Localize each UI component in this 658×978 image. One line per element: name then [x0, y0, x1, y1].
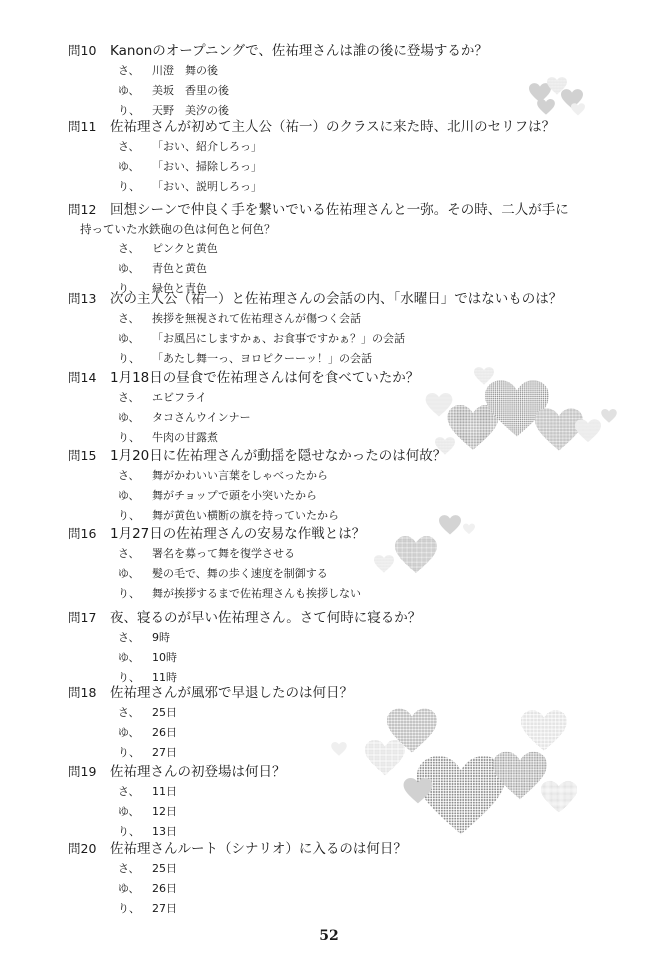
question-text: 夜、寝るのが早い佐祐理さん。さて何時に寝るか？	[110, 610, 421, 627]
option-text: タコさんウインナー	[152, 409, 251, 427]
option-key: さ、	[118, 545, 152, 563]
option-text: 25日	[152, 860, 177, 878]
option-list: さ、エビフライ ゆ、タコさんウインナー り、牛肉の甘露煮	[68, 389, 628, 449]
option-list: さ、25日 ゆ、26日 り、27日	[68, 704, 628, 764]
option-text: 舞が挨拶するまで佐祐理さんも挨拶しない	[152, 585, 361, 603]
option-sa: さ、エビフライ	[68, 389, 628, 409]
option-key: ゆ、	[118, 487, 152, 505]
question-12: 問12 回想シーンで仲良く手を繋いでいる佐祐理さんと一弥。その時、二人が手に 持…	[68, 201, 628, 300]
option-key: り、	[118, 507, 152, 525]
question-17: 問17 夜、寝るのが早い佐祐理さん。さて何時に寝るか？ さ、9時 ゆ、10時 り…	[68, 609, 628, 689]
question-text: 1月27日の佐祐理さんの安易な作戦とは？	[110, 526, 365, 543]
option-key: さ、	[118, 138, 152, 156]
option-yu: ゆ、12日	[68, 803, 628, 823]
option-list: さ、11日 ゆ、12日 り、13日	[68, 783, 628, 843]
option-key: ゆ、	[118, 260, 152, 278]
option-list: さ、9時 ゆ、10時 り、11時	[68, 629, 628, 689]
option-sa: さ、挨拶を無視されて佐祐理さんが傷つく会話	[68, 310, 628, 330]
question-14: 問14 1月18日の昼食で佐祐理さんは何を食べていたか？ さ、エビフライ ゆ、タ…	[68, 369, 628, 449]
option-text: 髪の毛で、舞の歩く速度を制御する	[152, 565, 328, 583]
option-key: り、	[118, 823, 152, 841]
question-text: 1月18日の昼食で佐祐理さんは何を食べていたか？	[110, 370, 419, 387]
option-text: 13日	[152, 823, 177, 841]
question-text: 佐祐理さんが風邪で早退したのは何日？	[110, 685, 353, 702]
option-key: さ、	[118, 629, 152, 647]
option-yu: ゆ、「おい、掃除しろっ」	[68, 158, 628, 178]
option-yu: ゆ、タコさんウインナー	[68, 409, 628, 429]
question-text: Kanonのオープニングで、佐祐理さんは誰の後に登場するか？	[110, 43, 488, 60]
option-text: 川澄 舞の後	[152, 62, 218, 80]
option-key: り、	[118, 900, 152, 918]
question-text: 佐祐理さんの初登場は何日？	[110, 764, 286, 781]
option-key: り、	[118, 429, 152, 447]
option-key: さ、	[118, 62, 152, 80]
question-text: 次の主人公（祐一）と佐祐理さんの会話の内、「水曜日」ではないものは？	[110, 291, 562, 308]
option-key: さ、	[118, 860, 152, 878]
question-number: 問16	[68, 525, 110, 542]
option-yu: ゆ、青色と黄色	[68, 260, 628, 280]
option-key: り、	[118, 744, 152, 762]
option-text: 「あたし舞一っ、ヨロピクーーッ！」の会話	[152, 350, 372, 368]
question-15: 問15 1月20日に佐祐理さんが動揺を隠せなかったのは何故？ さ、舞がかわいい言…	[68, 447, 628, 527]
option-list: さ、舞がかわいい言葉をしゃべったから ゆ、舞がチョップで頭を小突いたから り、舞…	[68, 467, 628, 527]
option-text: 舞がかわいい言葉をしゃべったから	[152, 467, 328, 485]
page-number: 52	[0, 928, 658, 944]
option-list: さ、25日 ゆ、26日 り、27日	[68, 860, 628, 920]
question-number: 問20	[68, 840, 110, 857]
option-text: 12日	[152, 803, 177, 821]
option-text: 25日	[152, 704, 177, 722]
option-sa: さ、川澄 舞の後	[68, 62, 628, 82]
option-key: さ、	[118, 467, 152, 485]
option-text: 26日	[152, 880, 177, 898]
option-sa: さ、署名を募って舞を復学させる	[68, 545, 628, 565]
option-key: ゆ、	[118, 158, 152, 176]
option-key: ゆ、	[118, 880, 152, 898]
option-key: り、	[118, 585, 152, 603]
question-number: 問18	[68, 684, 110, 701]
option-key: さ、	[118, 389, 152, 407]
question-number: 問17	[68, 609, 110, 626]
option-yu: ゆ、美坂 香里の後	[68, 82, 628, 102]
option-sa: さ、ピンクと黄色	[68, 240, 628, 260]
option-list: さ、川澄 舞の後 ゆ、美坂 香里の後 り、天野 美汐の後	[68, 62, 628, 122]
option-key: さ、	[118, 240, 152, 258]
option-ri: り、「おい、説明しろっ」	[68, 178, 628, 198]
option-text: 青色と黄色	[152, 260, 207, 278]
question-13: 問13 次の主人公（祐一）と佐祐理さんの会話の内、「水曜日」ではないものは？ さ…	[68, 290, 628, 370]
question-16: 問16 1月27日の佐祐理さんの安易な作戦とは？ さ、署名を募って舞を復学させる…	[68, 525, 628, 605]
question-20: 問20 佐祐理さんルート（シナリオ）に入るのは何日？ さ、25日 ゆ、26日 り…	[68, 840, 628, 920]
option-ri: り、27日	[68, 900, 628, 920]
option-text: 26日	[152, 724, 177, 742]
document-page: 問10 Kanonのオープニングで、佐祐理さんは誰の後に登場するか？ さ、川澄 …	[0, 0, 658, 978]
option-ri: り、舞が黄色い横断の旗を持っていたから	[68, 507, 628, 527]
option-key: ゆ、	[118, 803, 152, 821]
question-number: 問15	[68, 447, 110, 464]
option-text: 「おい、説明しろっ」	[152, 178, 262, 196]
option-text: ピンクと黄色	[152, 240, 218, 258]
option-text: 挨拶を無視されて佐祐理さんが傷つく会話	[152, 310, 361, 328]
option-sa: さ、25日	[68, 704, 628, 724]
option-sa: さ、「おい、紹介しろっ」	[68, 138, 628, 158]
option-list: さ、挨拶を無視されて佐祐理さんが傷つく会話 ゆ、「お風呂にしますかぁ、お食事です…	[68, 310, 628, 370]
option-key: ゆ、	[118, 565, 152, 583]
option-text: 舞がチョップで頭を小突いたから	[152, 487, 317, 505]
option-key: さ、	[118, 310, 152, 328]
question-number: 問12	[68, 201, 110, 218]
option-text: 27日	[152, 744, 177, 762]
question-11: 問11 佐祐理さんが初めて主人公（祐一）のクラスに来た時、北川のセリフは？ さ、…	[68, 118, 628, 198]
option-text: 9時	[152, 629, 170, 647]
option-list: さ、「おい、紹介しろっ」 ゆ、「おい、掃除しろっ」 り、「おい、説明しろっ」	[68, 138, 628, 198]
option-list: さ、署名を募って舞を復学させる ゆ、髪の毛で、舞の歩く速度を制御する り、舞が挨…	[68, 545, 628, 605]
question-text: 佐祐理さんルート（シナリオ）に入るのは何日？	[110, 841, 407, 858]
option-text: エビフライ	[152, 389, 207, 407]
question-text: 回想シーンで仲良く手を繋いでいる佐祐理さんと一弥。その時、二人が手に	[110, 202, 569, 219]
option-ri: り、「あたし舞一っ、ヨロピクーーッ！」の会話	[68, 350, 628, 370]
question-18: 問18 佐祐理さんが風邪で早退したのは何日？ さ、25日 ゆ、26日 り、27日	[68, 684, 628, 764]
option-key: ゆ、	[118, 82, 152, 100]
option-key: ゆ、	[118, 409, 152, 427]
question-text: 佐祐理さんが初めて主人公（祐一）のクラスに来た時、北川のセリフは？	[110, 119, 555, 136]
option-yu: ゆ、髪の毛で、舞の歩く速度を制御する	[68, 565, 628, 585]
option-yu: ゆ、26日	[68, 880, 628, 900]
option-key: ゆ、	[118, 724, 152, 742]
option-yu: ゆ、舞がチョップで頭を小突いたから	[68, 487, 628, 507]
option-sa: さ、舞がかわいい言葉をしゃべったから	[68, 467, 628, 487]
option-text: 署名を募って舞を復学させる	[152, 545, 295, 563]
option-text: 牛肉の甘露煮	[152, 429, 218, 447]
question-number: 問11	[68, 118, 110, 135]
option-key: さ、	[118, 783, 152, 801]
question-10: 問10 Kanonのオープニングで、佐祐理さんは誰の後に登場するか？ さ、川澄 …	[68, 42, 628, 122]
question-number: 問19	[68, 763, 110, 780]
option-key: ゆ、	[118, 330, 152, 348]
option-yu: ゆ、10時	[68, 649, 628, 669]
question-number: 問10	[68, 42, 110, 59]
option-sa: さ、25日	[68, 860, 628, 880]
option-key: さ、	[118, 704, 152, 722]
option-key: り、	[118, 178, 152, 196]
option-text: 美坂 香里の後	[152, 82, 229, 100]
option-yu: ゆ、26日	[68, 724, 628, 744]
question-text: 1月20日に佐祐理さんが動揺を隠せなかったのは何故？	[110, 448, 446, 465]
option-text: 11日	[152, 783, 177, 801]
option-yu: ゆ、「お風呂にしますかぁ、お食事ですかぁ？」の会話	[68, 330, 628, 350]
question-number: 問13	[68, 290, 110, 307]
question-number: 問14	[68, 369, 110, 386]
question-text-continued: 持っていた水鉄砲の色は何色と何色？	[68, 221, 628, 237]
option-text: 「お風呂にしますかぁ、お食事ですかぁ？」の会話	[152, 330, 405, 348]
option-key: り、	[118, 350, 152, 368]
option-ri: り、27日	[68, 744, 628, 764]
option-text: 「おい、掃除しろっ」	[152, 158, 262, 176]
option-text: 舞が黄色い横断の旗を持っていたから	[152, 507, 339, 525]
option-ri: り、牛肉の甘露煮	[68, 429, 628, 449]
question-19: 問19 佐祐理さんの初登場は何日？ さ、11日 ゆ、12日 り、13日	[68, 763, 628, 843]
option-ri: り、舞が挨拶するまで佐祐理さんも挨拶しない	[68, 585, 628, 605]
option-text: 「おい、紹介しろっ」	[152, 138, 262, 156]
option-text: 10時	[152, 649, 177, 667]
option-sa: さ、9時	[68, 629, 628, 649]
option-key: ゆ、	[118, 649, 152, 667]
option-sa: さ、11日	[68, 783, 628, 803]
option-text: 27日	[152, 900, 177, 918]
